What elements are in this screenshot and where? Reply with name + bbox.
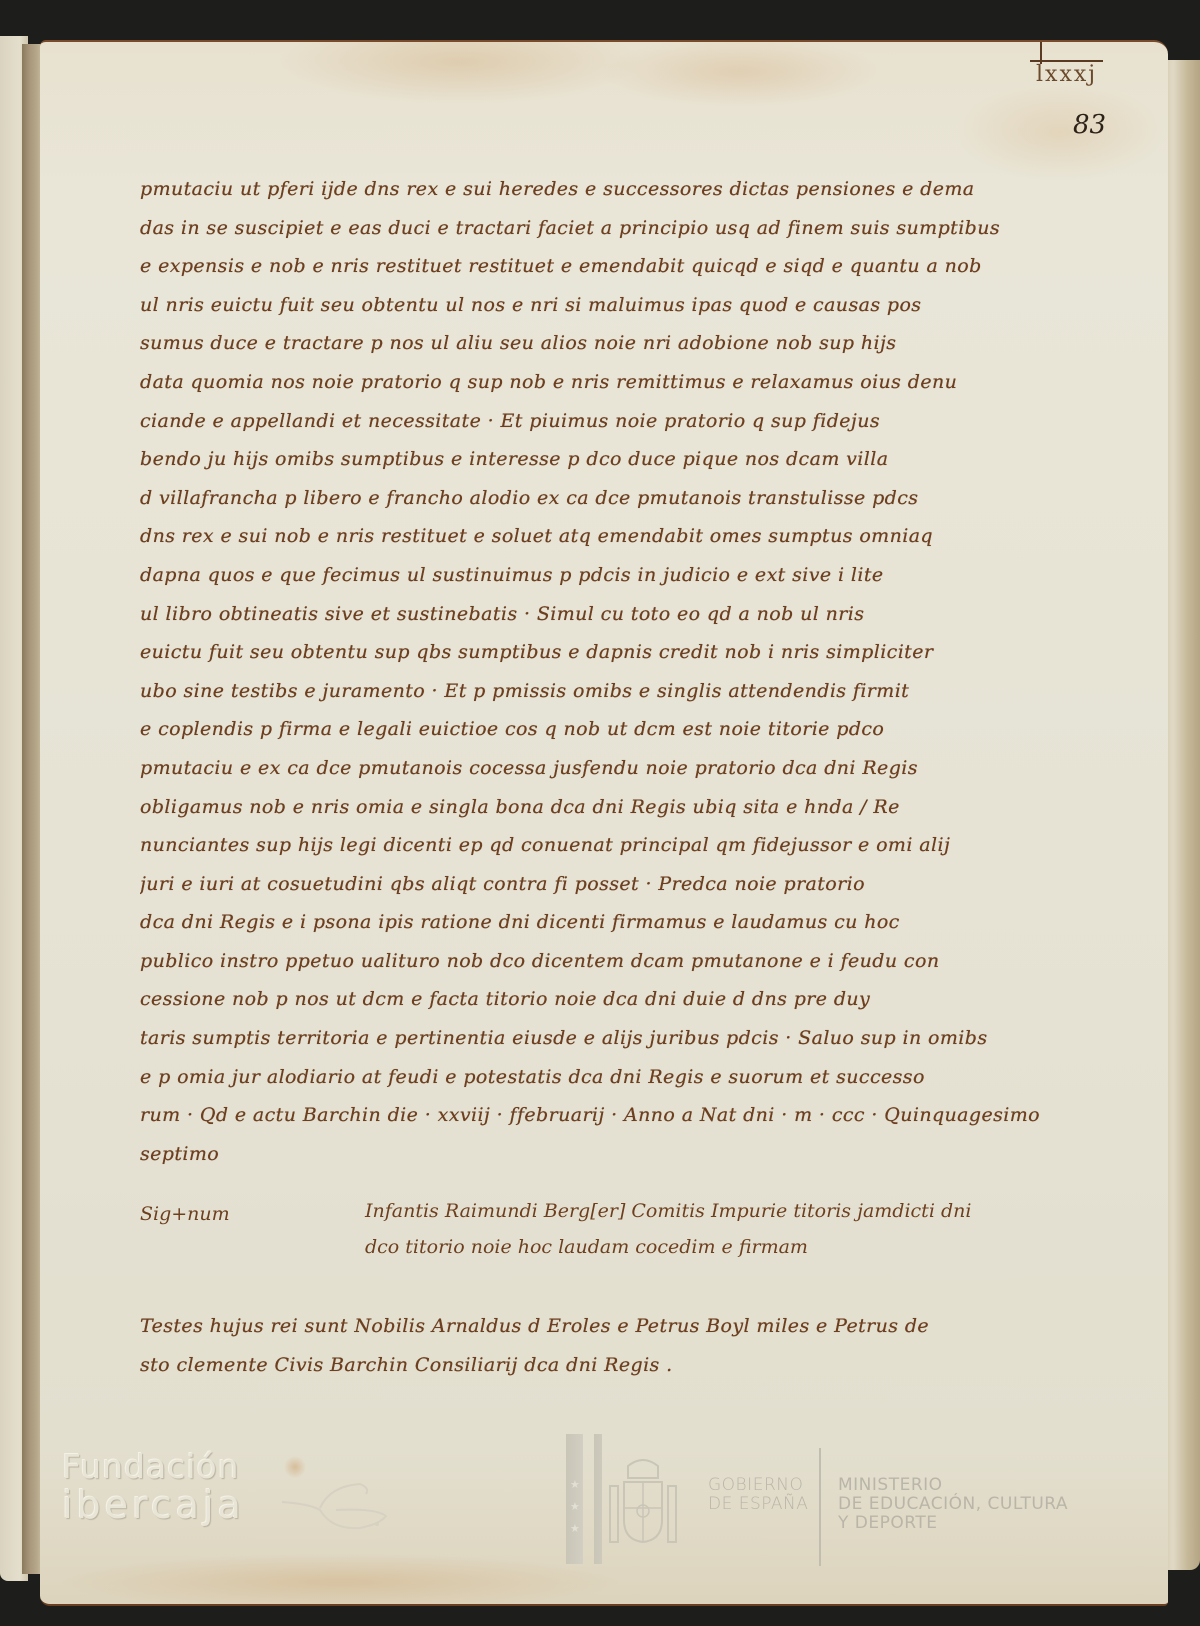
text-line: publico instro ppetuo ualituro nob dco d… — [140, 942, 1080, 981]
witness-line: sto clemente Civis Barchin Consiliarij d… — [140, 1346, 1080, 1385]
ibercaja-logo-icon — [280, 1480, 390, 1540]
text-line: euictu fuit seu obtentu sup qbs sumptibu… — [140, 633, 1080, 672]
text-line: dapna quos e que fecimus ul sustinuimus … — [140, 556, 1080, 595]
text-line: ciande e appellandi et necessitate · Et … — [140, 402, 1080, 441]
stars-icon: ★★★ — [570, 1474, 580, 1540]
text-line: ul nris euictu fuit seu obtentu ul nos e… — [140, 286, 1080, 325]
text-line: obligamus nob e nris omia e singla bona … — [140, 788, 1080, 827]
signature-line: dco titorio noie hoc laudam cocedim e fi… — [365, 1229, 971, 1265]
signature-text: Infantis Raimundi Berg[er] Comitis Impur… — [365, 1193, 971, 1265]
government-watermark: ★★★ GOBIERNO DE ESPAÑA MINISTERIO DE EDU… — [566, 1434, 1146, 1564]
text-line: data quomia nos noie pratorio q sup nob … — [140, 363, 1080, 402]
folio-number: 83 — [1073, 110, 1106, 140]
text-line: ul libro obtineatis sive et sustinebatis… — [140, 595, 1080, 634]
text-line: septimo — [140, 1135, 1080, 1174]
text-line: nunciantes sup hijs legi dicenti ep qd c… — [140, 826, 1080, 865]
text-line: rum · Qd e actu Barchin die · xxviij · f… — [140, 1096, 1080, 1135]
text-line: pmutaciu ut pferi ijde dns rex e sui her… — [140, 170, 1080, 209]
watermark-line2: ibercaja — [62, 1486, 245, 1524]
text-line: das in se suscipiet e eas duci e tractar… — [140, 209, 1080, 248]
signature-line: Infantis Raimundi Berg[er] Comitis Impur… — [365, 1193, 971, 1229]
flag-bar: ★★★ — [566, 1434, 602, 1564]
ministerio-text: MINISTERIO DE EDUCACIÓN, CULTURA Y DEPOR… — [838, 1476, 1068, 1533]
ibercaja-watermark: Fundación ibercaja — [62, 1448, 245, 1524]
text-line: e coplendis p firma e legali euictioe co… — [140, 710, 1080, 749]
text-line: dns rex e sui nob e nris restituet e sol… — [140, 517, 1080, 556]
witness-line: Testes hujus rei sunt Nobilis Arnaldus d… — [140, 1307, 1080, 1346]
folio-roman-numeral: lxxxj — [1030, 60, 1103, 87]
watermark-line1: Fundación — [62, 1448, 245, 1486]
text-line: ubo sine testibs e juramento · Et p pmis… — [140, 672, 1080, 711]
text-line: d villafrancha p libero e francho alodio… — [140, 479, 1080, 518]
coat-of-arms-icon — [608, 1456, 678, 1548]
manuscript-scan: lxxxj 83 pmutaciu ut pferi ijde dns rex … — [0, 0, 1200, 1626]
gobierno-text: GOBIERNO DE ESPAÑA — [708, 1476, 808, 1514]
watermark-divider — [819, 1448, 821, 1566]
manuscript-text: pmutaciu ut pferi ijde dns rex e sui her… — [140, 170, 1080, 1385]
text-line: cessione nob p nos ut dcm e facta titori… — [140, 980, 1080, 1019]
text-line: taris sumptis territoria e pertinentia e… — [140, 1019, 1080, 1058]
witness-clause: Testes hujus rei sunt Nobilis Arnaldus d… — [140, 1307, 1080, 1384]
text-line: dca dni Regis e i psona ipis ratione dni… — [140, 903, 1080, 942]
text-line: sumus duce e tractare p nos ul aliu seu … — [140, 324, 1080, 363]
text-line: e expensis e nob e nris restituet restit… — [140, 247, 1080, 286]
signum-label: Sig+num — [140, 1203, 230, 1225]
text-line: pmutaciu e ex ca dce pmutanois cocessa j… — [140, 749, 1080, 788]
text-line: e p omia jur alodiario at feudi e potest… — [140, 1058, 1080, 1097]
text-line: bendo ju hijs omibs sumptibus e interess… — [140, 440, 1080, 479]
text-line: juri e iuri at cosuetudini qbs aliqt con… — [140, 865, 1080, 904]
signature-block: Sig+num Infantis Raimundi Berg[er] Comit… — [140, 1193, 1080, 1269]
